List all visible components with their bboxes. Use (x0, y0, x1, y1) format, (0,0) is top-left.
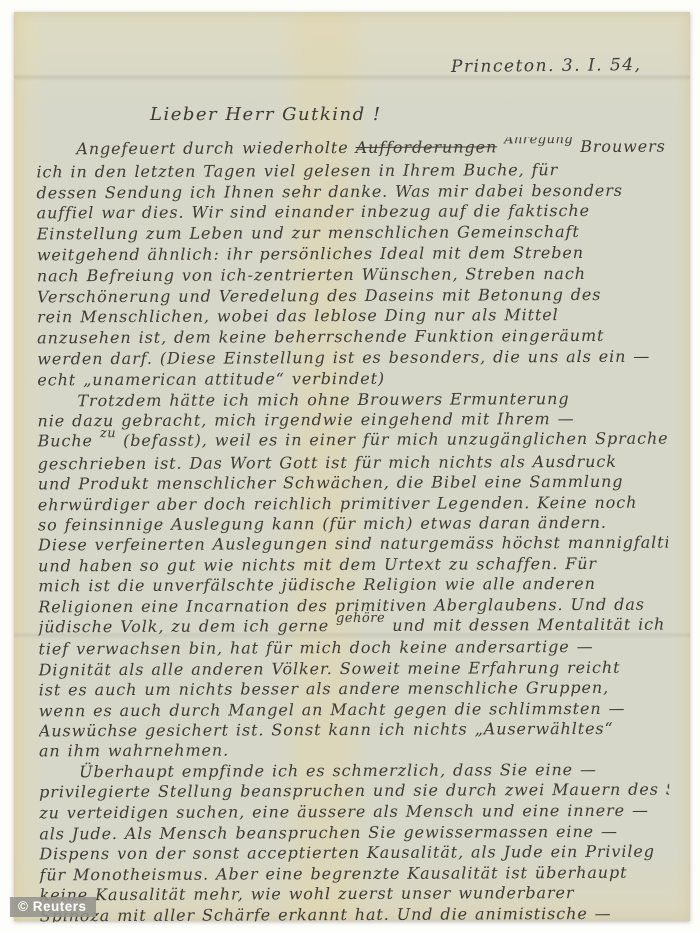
inserted-word: Anregung (504, 137, 573, 148)
letter-line: tief verwachsen bin, hat für mich doch k… (38, 637, 668, 660)
letter-paragraph-2: Trotzdem hätte ich mich ohne Brouwers Er… (37, 388, 669, 762)
letter-line: nie dazu gebracht, mich irgendwie eingeh… (37, 409, 667, 432)
letter-line: auffiel war dies. Wir sind einander inbe… (37, 201, 667, 225)
letter-line: Verschönerung und Veredelung des Daseins… (37, 284, 667, 308)
letter-line: Einstellung zum Leben und zur menschlich… (37, 222, 667, 246)
letter-line: privilegierte Stellung beanspruchen und … (39, 780, 669, 803)
dateline: Princeton. 3. I. 54, (451, 55, 642, 77)
letter-line: ist es auch um nichts besser als andere … (39, 678, 669, 701)
letter-line: Diese verfeinerten Auslegungen sind natu… (38, 533, 668, 556)
letter-line: anzusehen ist, dem keine beherrschende F… (37, 326, 667, 350)
letter-line: Überhaupt empfinde ich es schmerzlich, d… (39, 759, 669, 782)
letter-paper: Princeton. 3. I. 54, Lieber Herr Gutkind… (14, 12, 690, 921)
letter-line: Spinoza mit aller Schärfe erkannt hat. U… (40, 904, 670, 923)
letter-line: und haben so gut wie nichts mit dem Urte… (38, 553, 668, 576)
letter-line: rein Menschlichen, wobei das leblose Din… (37, 305, 667, 329)
letter-line: dessen Sendung ich Ihnen sehr danke. Was… (36, 180, 666, 204)
letter-line: für Monotheismus. Aber eine begrenzte Ka… (39, 862, 669, 885)
letter-photograph: Princeton. 3. I. 54, Lieber Herr Gutkind… (0, 0, 700, 933)
salutation: Lieber Herr Gutkind ! (150, 104, 382, 125)
letter-line: als Jude. Als Mensch beanspruchen Sie ge… (39, 821, 669, 844)
letter-line: echt „unamerican attitude“ verbindet) (37, 367, 667, 391)
letter-paragraph-3: Überhaupt empfinde ich es schmerzlich, d… (39, 759, 670, 922)
letter-line: mich ist die unverfälschte jüdische Reli… (38, 574, 668, 597)
crossed-out-word: Aufforderungen (356, 137, 498, 157)
letter-line: wenn es auch durch Mangel an Macht gegen… (39, 698, 669, 721)
letter-line: Auswüchse gesichert ist. Sonst kann ich … (39, 719, 669, 742)
letter-line: Dispens von der sonst acceptierten Kausa… (39, 842, 669, 865)
letter-line: Angefeuert durch wiederholte Aufforderun… (36, 137, 666, 163)
letter-line: und Produkt menschlicher Schwächen, die … (38, 472, 668, 495)
reuters-credit-text: © Reuters (18, 899, 86, 914)
letter-line: so feinsinnige Auslegung kann (für mich)… (38, 513, 668, 536)
letter-paragraph-1: Angefeuert durch wiederholte Aufforderun… (36, 137, 667, 391)
letter-line: ehrwürdiger aber doch reichlich primitiv… (38, 492, 668, 515)
letter-body: Angefeuert durch wiederholte Aufforderun… (36, 137, 669, 923)
reuters-credit-badge: © Reuters (10, 897, 96, 917)
letter-line: zu verteidigen suchen, eine äussere als … (39, 801, 669, 824)
inserted-word: gehöre (336, 611, 385, 626)
letter-line: nach Befreiung von ich-zentrierten Wünsc… (37, 263, 667, 287)
inserted-word: zu (100, 426, 116, 441)
letter-line: geschrieben ist. Das Wort Gott ist für m… (38, 451, 668, 474)
letter-line: ich in den letzten Tagen viel gelesen in… (36, 159, 666, 183)
letter-line: jüdische Volk, zu dem ich gerne gehöre u… (38, 615, 668, 640)
letter-line: Trotzdem hätte ich mich ohne Brouwers Er… (37, 388, 667, 411)
letter-line: an ihm wahrnehmen. (39, 739, 669, 762)
letter-line: Buche zu (befasst), weil es in einer für… (38, 429, 668, 454)
letter-line: werden darf. (Diese Einstellung ist es b… (37, 347, 667, 371)
letter-line: Dignität als alle anderen Völker. Soweit… (39, 657, 669, 680)
letter-line: keine Kausalität mehr, wie wohl zuerst u… (40, 883, 670, 906)
letter-line: weitgehend ähnlich: ihr persönliches Ide… (37, 243, 667, 267)
